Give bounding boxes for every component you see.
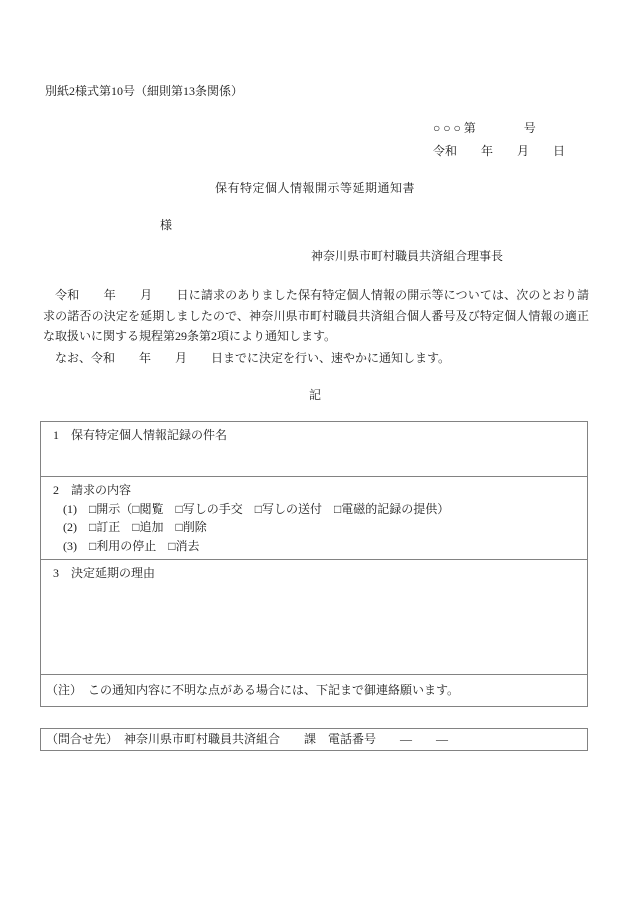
body-paragraph-1: 令和 年 月 日に請求のありました保有特定個人情報の開示等については、次のとおり… (43, 285, 589, 347)
record-name-label: 1 保有特定個人情報記録の件名 (53, 427, 579, 444)
delay-reason-label: 3 決定延期の理由 (53, 565, 579, 582)
table-row-delay-reason: 3 決定延期の理由 (41, 560, 587, 675)
form-number: 別紙2様式第10号（細則第13条関係） (45, 82, 243, 99)
table-row-request-content: 2 請求の内容 (1) □開示（□閲覧 □写しの手交 □写しの送付 □電磁的記録… (41, 477, 587, 560)
request-option-line-correction: (2) □訂正 □追加 □削除 (53, 518, 579, 537)
table-row-record-name: 1 保有特定個人情報記録の件名 (41, 422, 587, 477)
date-line: 令和 年 月 日 (433, 140, 565, 163)
request-option-line-suspension: (3) □利用の停止 □消去 (53, 537, 579, 556)
sender-name: 神奈川県市町村職員共済組合理事長 (311, 247, 503, 264)
document-title: 保有特定個人情報開示等延期通知書 (0, 179, 630, 196)
document-number-line: ○ ○ ○ 第 号 (433, 117, 565, 140)
document-page: 別紙2様式第10号（細則第13条関係） ○ ○ ○ 第 号 令和 年 月 日 保… (0, 0, 630, 915)
table-row-note: （注） この通知内容に不明な点がある場合には、下記まで御連絡願います。 (41, 675, 587, 706)
body-paragraph-2: なお、令和 年 月 日までに決定を行い、速やかに通知します。 (43, 349, 450, 366)
request-content-label: 2 請求の内容 (53, 481, 579, 500)
document-number-block: ○ ○ ○ 第 号 令和 年 月 日 (433, 117, 565, 163)
contact-box: （問合せ先） 神奈川県市町村職員共済組合 課 電話番号 ― ― (40, 728, 588, 751)
addressee-honorific: 様 (160, 216, 172, 233)
record-marker: 記 (0, 386, 630, 403)
details-table: 1 保有特定個人情報記録の件名 2 請求の内容 (1) □開示（□閲覧 □写しの… (40, 421, 588, 707)
request-option-line-disclosure: (1) □開示（□閲覧 □写しの手交 □写しの送付 □電磁的記録の提供） (53, 500, 579, 519)
